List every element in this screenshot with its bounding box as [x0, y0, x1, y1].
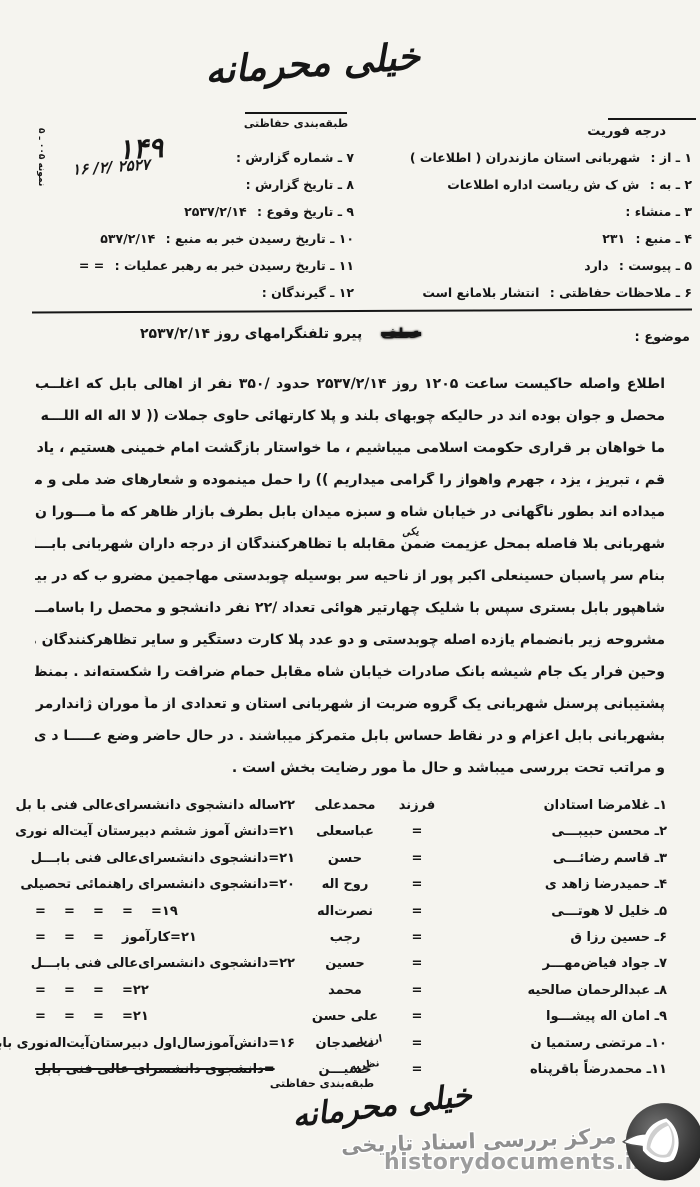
body-line: و مراتب تحت بررسی میباشد و حال ماً مور ر…	[35, 760, 665, 792]
classification-label-bottom: طبقه‌بندی حفاظتی	[262, 1077, 382, 1090]
form-fields-right: ۱ ـ از : شهربانی استان مازندران ( اطلاعا…	[358, 150, 692, 312]
divider-line	[245, 112, 347, 114]
form-field-label: ۱ ـ از	[660, 150, 692, 165]
form-field-label: ۶ ـ ملاحظات حفاظتی	[559, 285, 692, 300]
form-field-separator: :	[636, 231, 641, 246]
table-row: ۶ـ حسین رزا ق = رجب ۲۱=کارآموز = = =	[35, 930, 667, 956]
form-field-separator: :	[619, 258, 624, 273]
father-name-cell: نصرت‌اله	[295, 904, 395, 919]
relation-cell: =	[395, 930, 439, 945]
description-cell: ۲۲=دانشجوی دانشسرای‌عالی فنی بابـــل	[31, 956, 295, 971]
classification-stamp-top: خیلی محرمانه	[184, 33, 441, 94]
table-row: ۴ـ حمیدرضا زاهد ی = روح اله ۲۰=دانشجوی د…	[35, 877, 667, 903]
form-field-separator: :	[625, 204, 630, 219]
form-field: ۱۲ ـ گیرندگان :	[32, 285, 354, 312]
form-field-separator: :	[246, 177, 251, 192]
name-cell: ۴ـ حمیدرضا زاهد ی	[439, 877, 667, 892]
father-name-cell: حسن	[295, 851, 395, 866]
description-cell: =دانشجوی دانشسرای عالی فنی بابل	[35, 1062, 295, 1077]
father-name-cell: حسیـــن	[295, 1062, 395, 1077]
name-cell: ۶ـ حسین رزا ق	[439, 930, 667, 945]
name-cell: ۹ـ امان اله پیشـــوا	[439, 1009, 667, 1024]
relation-cell: =	[395, 956, 439, 971]
name-cell: ۸ـ عبدالرحمان صالحیه	[439, 983, 667, 998]
handwritten-annotation: یکی	[401, 526, 419, 539]
subject-line: عطف پیرو تلفنگرامهای روز ۲۵۳۷/۲/۱۴	[140, 326, 560, 342]
form-field-value: ش ک ش ریاست اداره اطلاعات	[447, 177, 639, 192]
body-line: پشتیبانی پرسنل شهربانی یک گروه ضربت از ش…	[35, 696, 665, 728]
form-field-value: ۲۳۱	[602, 231, 625, 246]
form-field-separator: :	[166, 231, 171, 246]
form-field: ۴ ـ منبع : ۲۳۱	[358, 231, 692, 258]
form-field-value: = =	[79, 258, 104, 273]
relation-cell: =	[395, 877, 439, 892]
form-field: ۳ ـ منشاء :	[358, 204, 692, 231]
relation-cell: =	[395, 904, 439, 919]
form-field-separator: :	[262, 285, 267, 300]
body-line: وحین فرار یک جام شیشه بانک صادرات خیابان…	[35, 664, 665, 696]
scanned-document-page: خیلی محرمانه طبقه‌بندی حفاظتی درجه فوریت…	[0, 0, 700, 1187]
relation-cell: =	[395, 1009, 439, 1024]
subject-struck-word: عطف	[381, 326, 421, 342]
body-line: قم ، تبریز ، یزد ، جهرم واهواز را گرامی …	[35, 472, 665, 504]
father-name-cell: روح اله	[295, 877, 395, 892]
body-text: اطلاع واصله حاکیست ساعت ۱۲۰۵ روز ۲۵۳۷/۲/…	[35, 376, 665, 792]
form-field: ۲ ـ به : ش ک ش ریاست اداره اطلاعات	[358, 177, 692, 204]
relation-cell: =	[395, 983, 439, 998]
name-cell: ۲ـ محسن حبیبـــی	[439, 824, 667, 839]
form-field: ۱ ـ از : شهربانی استان مازندران ( اطلاعا…	[358, 150, 692, 177]
form-field: ۹ ـ تاریخ وقوع : ۲۵۳۷/۲/۱۴	[32, 204, 354, 231]
body-line: ما خواهان بر قراری حکومت اسلامی میباشیم …	[35, 440, 665, 472]
body-line: مشروحه زیر بانضمام یازده اصله چوبدستی و …	[35, 632, 665, 664]
body-line: بشهربانی بابل اعزام و در نقاط حساس بابل …	[35, 728, 665, 760]
name-cell: ۱۱ـ محمدرضاً باقرپناه	[439, 1062, 667, 1077]
urgency-label: درجه فوریت	[587, 124, 666, 139]
archive-book-logo-icon	[616, 1095, 700, 1185]
form-field-label: ۹ ـ تاریخ وقوع	[266, 204, 354, 219]
description-cell: ۲۰=دانشجوی دانشسرای راهنمائی تحصیلی	[20, 877, 295, 892]
description-cell: ۲۱=دانش آموز ششم دبیرستان آیت‌اله نوری	[15, 824, 295, 839]
form-field-separator: :	[257, 204, 262, 219]
relation-cell: =	[395, 851, 439, 866]
form-field-label: ۵ ـ پیوست	[628, 258, 692, 273]
description-cell: ۲۱=کارآموز = = =	[35, 930, 295, 945]
divider-line	[608, 118, 696, 120]
form-field-separator: :	[115, 258, 120, 273]
form-field: ۸ ـ تاریخ گزارش :	[32, 177, 354, 204]
form-field-separator: :	[651, 150, 656, 165]
body-line: شاهپور بابل بستری سپس با شلیک چهارتیر هو…	[35, 600, 665, 632]
form-field-label: ۴ ـ منبع	[645, 231, 692, 246]
subject-text: پیرو تلفنگرامهای روز ۲۵۳۷/۲/۱۴	[140, 326, 362, 342]
description-cell: ۲۲ساله دانشجوی دانشسرای‌عالی فنی با بل	[15, 798, 295, 813]
form-field-label: ۱۱ ـ تاریخ رسیدن خبر به رهبر عملیات	[124, 258, 354, 273]
classification-label-top: طبقه‌بندی حفاظتی	[238, 117, 354, 130]
form-field-value: انتشار بلامانع است	[422, 285, 539, 300]
table-row: ۸ـ عبدالرحمان صالحیه = محمد ۲۲= = = =	[35, 983, 667, 1009]
description-cell: ۱۶=دانش‌آموزسال‌اول دبیرستان‌آیت‌اله‌نور…	[0, 1036, 295, 1051]
form-field: ۵ ـ پیوست : دارد	[358, 258, 692, 285]
father-name-cell: عباسعلی	[295, 824, 395, 839]
table-row: ۷ـ جواد فیاض‌مهـــر = حسین ۲۲=دانشجوی دا…	[35, 956, 667, 982]
form-field-separator: :	[236, 150, 241, 165]
table-row: ۳ـ قاسم رضائـــی = حسن ۲۱=دانشجوی دانشسر…	[35, 851, 667, 877]
table-row: ۲ـ محسن حبیبـــی = عباسعلی ۲۱=دانش آموز …	[35, 824, 667, 850]
form-field-label: ۲ ـ به	[659, 177, 692, 192]
form-field-label: ۷ ـ شماره گزارش	[245, 150, 354, 165]
body-line: میداده اند بطور ناگهانی در خیابان شاه و …	[35, 504, 665, 536]
father-name-cell: رجب	[295, 930, 395, 945]
form-edge-note: نمونه ۰۰۵ ـ ۵	[36, 128, 46, 186]
father-name-cell: محمدعلی	[295, 798, 395, 813]
form-field-label: ۳ ـ منشاء	[635, 204, 692, 219]
description-cell: ۲۱= = = =	[35, 1009, 295, 1024]
body-line: شهربانی بلا فاصله بمحل عزیمت ضمن مقابله …	[35, 536, 665, 568]
form-field-value: ۲۵۳۷/۲/۱۴	[184, 204, 247, 219]
name-cell: ۱۰ـ مرتضی رستمیا ن	[439, 1036, 667, 1051]
form-field-separator: :	[650, 177, 655, 192]
relation-cell: =	[395, 1036, 439, 1051]
table-row: ۱ـ غلامرضا استادان فرزند محمدعلی ۲۲ساله …	[35, 798, 667, 824]
body-line: اطلاع واصله حاکیست ساعت ۱۲۰۵ روز ۲۵۳۷/۲/…	[35, 376, 665, 408]
name-cell: ۱ـ غلامرضا استادان	[439, 798, 667, 813]
father-name-cell: علی حسن	[295, 1009, 395, 1024]
father-name-cell: محمد	[295, 983, 395, 998]
description-cell: ۲۱=دانشجوی دانشسرای‌عالی فنی بابـــل	[31, 851, 295, 866]
father-name-cell: حسین	[295, 956, 395, 971]
form-field-separator: :	[550, 285, 555, 300]
name-cell: ۷ـ جواد فیاض‌مهـــر	[439, 956, 667, 971]
subject-label: موضوع :	[634, 330, 690, 345]
body-line: محصل و جوان بوده اند در حالیکه چوبهای بل…	[35, 408, 665, 440]
form-field: ۱۱ ـ تاریخ رسیدن خبر به رهبر عملیات : = …	[32, 258, 354, 285]
form-field-value: دارد	[584, 258, 608, 273]
relation-cell: =	[395, 1062, 439, 1077]
body-line: بنام سر پاسبان حسینعلی اکبر پور از ناحیه…	[35, 568, 665, 600]
form-field-value: ۵۳۷/۲/۱۴	[100, 231, 155, 246]
name-cell: ۵ـ خلیل لا هوتـــی	[439, 904, 667, 919]
table-row: ۹ـ امان اله پیشـــوا = علی حسن ۲۱= = = =	[35, 1009, 667, 1035]
name-cell: ۳ـ قاسم رضائـــی	[439, 851, 667, 866]
form-field-value: شهربانی استان مازندران ( اطلاعات )	[410, 150, 640, 165]
form-field: ۱۰ ـ تاریخ رسیدن خبر به منبع : ۵۳۷/۲/۱۴	[32, 231, 354, 258]
table-row: ۵ـ خلیل لا هوتـــی = نصرت‌اله ۱۹= = = = …	[35, 904, 667, 930]
description-cell: ۱۹= = = = =	[35, 904, 295, 919]
relation-cell: =	[395, 824, 439, 839]
relation-cell: فرزند	[395, 798, 439, 813]
description-cell: ۲۲= = = =	[35, 983, 295, 998]
watermark-url: historydocuments.ir	[384, 1150, 644, 1175]
form-field-label: ۸ ـ تاریخ گزارش	[255, 177, 354, 192]
form-field-label: ۱۰ ـ تاریخ رسیدن خبر به منبع	[175, 231, 354, 246]
form-field-label: ۱۲ ـ گیرندگان	[271, 285, 354, 300]
